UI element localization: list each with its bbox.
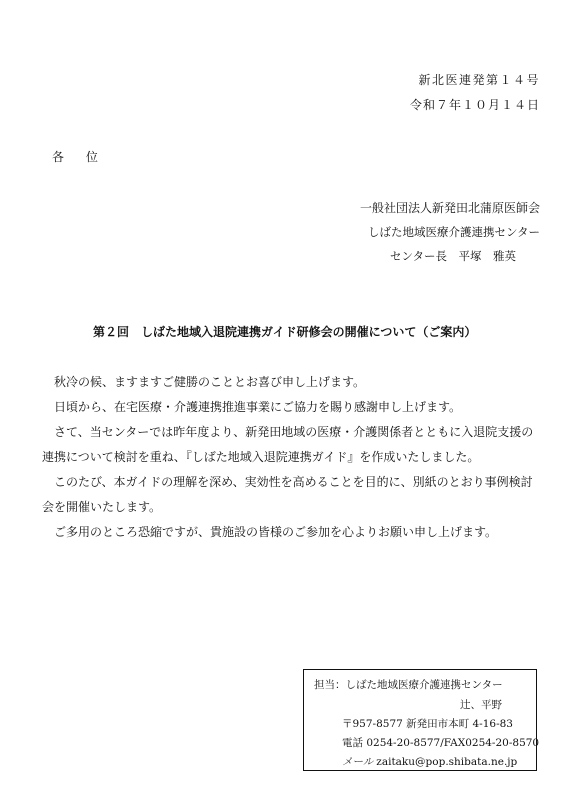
contact-email-line: メールzaitaku@pop.shibata.ne.jp	[342, 754, 517, 769]
body-paragraph-thanks: 日頃から、在宅医療・介護連携推進事業にご協力を賜り感謝申し上げます。	[54, 398, 461, 415]
contact-email-link[interactable]: zaitaku@pop.shibata.ne.jp	[376, 756, 517, 768]
body-paragraph-request: ご多用のところ恐縮ですが、貴施設の皆様のご参加を心よりお願い申し上げます。	[54, 523, 497, 540]
body-paragraph-background-line2: 連携について検討を重ね、『しばた地域入退院連携ガイド』を作成いたしました。	[42, 448, 479, 465]
contact-box: 担当：しばた地域医療介護連携センター 辻、平野 〒957-8577 新発田市本町…	[303, 669, 537, 771]
body-paragraph-background-line1: さて、当センターでは昨年度より、新発田地域の医療・介護関係者とともに入退院支援の	[54, 423, 533, 440]
body-paragraph-greeting: 秋冷の候、ますますご健勝のこととお喜び申し上げます。	[54, 373, 365, 390]
sender-center: しばた地域医療介護連携センター	[368, 224, 540, 240]
contact-phone: 電話 0254-20-8577/FAX0254-20-8570	[342, 735, 539, 750]
sender-organization: 一般社団法人新発田北蒲原医師会	[360, 199, 540, 216]
document-title: 第２回 しばた地域入退院連携ガイド研修会の開催について（ご案内）	[93, 323, 476, 340]
sender-head: センター長 平塚 雅英	[390, 248, 516, 264]
contact-label: 担当：しばた地域医療介護連携センター	[314, 677, 503, 692]
email-label: メール	[342, 756, 373, 768]
body-paragraph-purpose-line2: 会を開催いたします。	[42, 498, 161, 515]
document-date: 令和７年１０月１４日	[410, 96, 540, 113]
document-number: 新北医連発第１４号	[418, 71, 540, 88]
addressee: 各 位	[52, 148, 107, 165]
contact-address: 〒957-8577 新発田市本町 4-16-83	[342, 716, 513, 731]
body-paragraph-purpose-line1: このたび、本ガイドの理解を深め、実効性を高めることを目的に、別紙のとおり事例検討	[54, 473, 533, 490]
contact-names: 辻、平野	[460, 697, 502, 712]
